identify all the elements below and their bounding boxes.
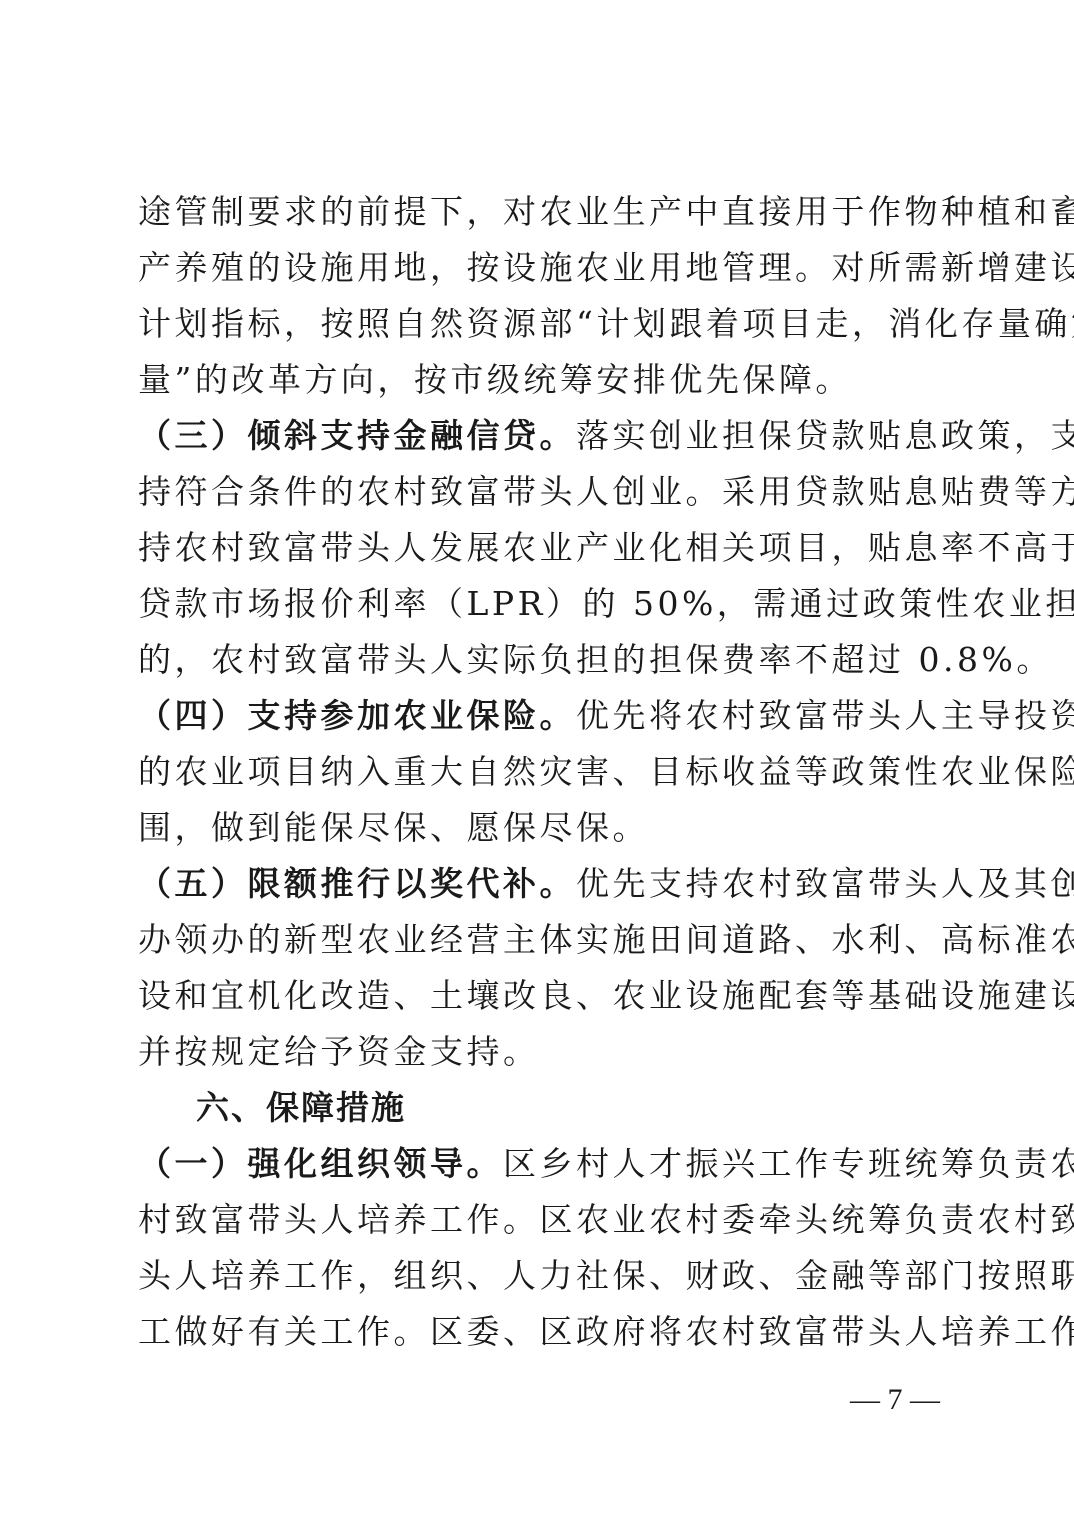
line-text: 优先支持农村致富带头人及其创 (576, 864, 1074, 903)
line-text: 围，做到能保尽保、愿保尽保。 (138, 808, 649, 847)
line-text: 村致富带头人培养工作。区农业农村委牵头统筹负责农村致富带 (138, 1200, 1074, 1239)
line-text: 设和宜机化改造、土壤改良、农业设施配套等基础设施建设项目， (138, 976, 1074, 1015)
line-text: 区乡村人才振兴工作专班统筹负责农 (503, 1144, 1074, 1183)
line-text: 的农业项目纳入重大自然灾害、目标收益等政策性农业保险范 (138, 752, 1074, 791)
paragraph-line: 的，农村致富带头人实际负担的担保费率不超过 0.8%。 (138, 640, 938, 680)
line-text: 办领办的新型农业经营主体实施田间道路、水利、高标准农田建 (138, 920, 1074, 959)
document-page: 途管制要求的前提下，对农业生产中直接用于作物种植和畜禽水 产养殖的设施用地，按设… (0, 0, 1074, 1520)
section-3-first-line: （三）倾斜支持金融信贷。落实创业担保贷款贴息政策，支 (138, 416, 938, 456)
line-text: 头人培养工作，组织、人力社保、财政、金融等部门按照职责分 (138, 1256, 1074, 1295)
line-text: 持农村致富带头人发展农业产业化相关项目，贴息率不高于同期 (138, 528, 1074, 567)
subsection-1-first-line: （一）强化组织领导。区乡村人才振兴工作专班统筹负责农 (138, 1144, 938, 1184)
paragraph-line: 途管制要求的前提下，对农业生产中直接用于作物种植和畜禽水 (138, 192, 938, 232)
page-number: — 7 — (845, 1382, 945, 1418)
line-text: 量”的改革方向，按市级统筹安排优先保障。 (138, 360, 852, 399)
line-text: 途管制要求的前提下，对农业生产中直接用于作物种植和畜禽水 (138, 192, 1074, 231)
section-heading: 六、保障措施 (196, 1088, 496, 1128)
heading-text: 六、保障措施 (196, 1088, 406, 1127)
line-text: 持符合条件的农村致富带头人创业。采用贷款贴息贴费等方式支 (138, 472, 1074, 511)
paragraph-line: 办领办的新型农业经营主体实施田间道路、水利、高标准农田建 (138, 920, 938, 960)
line-text: 优先将农村致富带头人主导投资 (576, 696, 1074, 735)
section-4-first-line: （四）支持参加农业保险。优先将农村致富带头人主导投资 (138, 696, 938, 736)
section-lead-title: （四）支持参加农业保险。 (138, 696, 576, 735)
paragraph-line: 围，做到能保尽保、愿保尽保。 (138, 808, 938, 848)
section-lead-title: （三）倾斜支持金融信贷。 (138, 416, 576, 455)
paragraph-line: 计划指标，按照自然资源部“计划跟着项目走，消化存量确定增 (138, 304, 938, 344)
paragraph-line: 并按规定给予资金支持。 (138, 1032, 938, 1072)
line-text: 的，农村致富带头人实际负担的担保费率不超过 0.8%。 (138, 640, 1053, 679)
paragraph-line: 贷款市场报价利率（LPR）的 50%，需通过政策性农业担保融资 (138, 584, 938, 624)
paragraph-line: 村致富带头人培养工作。区农业农村委牵头统筹负责农村致富带 (138, 1200, 938, 1240)
paragraph-line: 量”的改革方向，按市级统筹安排优先保障。 (138, 360, 938, 400)
line-text: 工做好有关工作。区委、区政府将农村致富带头人培养工作纳入 (138, 1312, 1074, 1351)
paragraph-line: 的农业项目纳入重大自然灾害、目标收益等政策性农业保险范 (138, 752, 938, 792)
section-5-first-line: （五）限额推行以奖代补。优先支持农村致富带头人及其创 (138, 864, 938, 904)
paragraph-line: 持农村致富带头人发展农业产业化相关项目，贴息率不高于同期 (138, 528, 938, 568)
paragraph-line: 设和宜机化改造、土壤改良、农业设施配套等基础设施建设项目， (138, 976, 938, 1016)
line-text: 计划指标，按照自然资源部“计划跟着项目走，消化存量确定增 (138, 304, 1074, 343)
line-text: 并按规定给予资金支持。 (138, 1032, 540, 1071)
paragraph-line: 头人培养工作，组织、人力社保、财政、金融等部门按照职责分 (138, 1256, 938, 1296)
paragraph-line: 产养殖的设施用地，按设施农业用地管理。对所需新增建设用地 (138, 248, 938, 288)
line-text: 落实创业担保贷款贴息政策，支 (576, 416, 1074, 455)
line-text: 贷款市场报价利率（LPR）的 50%，需通过政策性农业担保融资 (138, 584, 1074, 623)
section-lead-title: （一）强化组织领导。 (138, 1144, 503, 1183)
paragraph-line: 持符合条件的农村致富带头人创业。采用贷款贴息贴费等方式支 (138, 472, 938, 512)
paragraph-line: 工做好有关工作。区委、区政府将农村致富带头人培养工作纳入 (138, 1312, 938, 1352)
line-text: 产养殖的设施用地，按设施农业用地管理。对所需新增建设用地 (138, 248, 1074, 287)
section-lead-title: （五）限额推行以奖代补。 (138, 864, 576, 903)
